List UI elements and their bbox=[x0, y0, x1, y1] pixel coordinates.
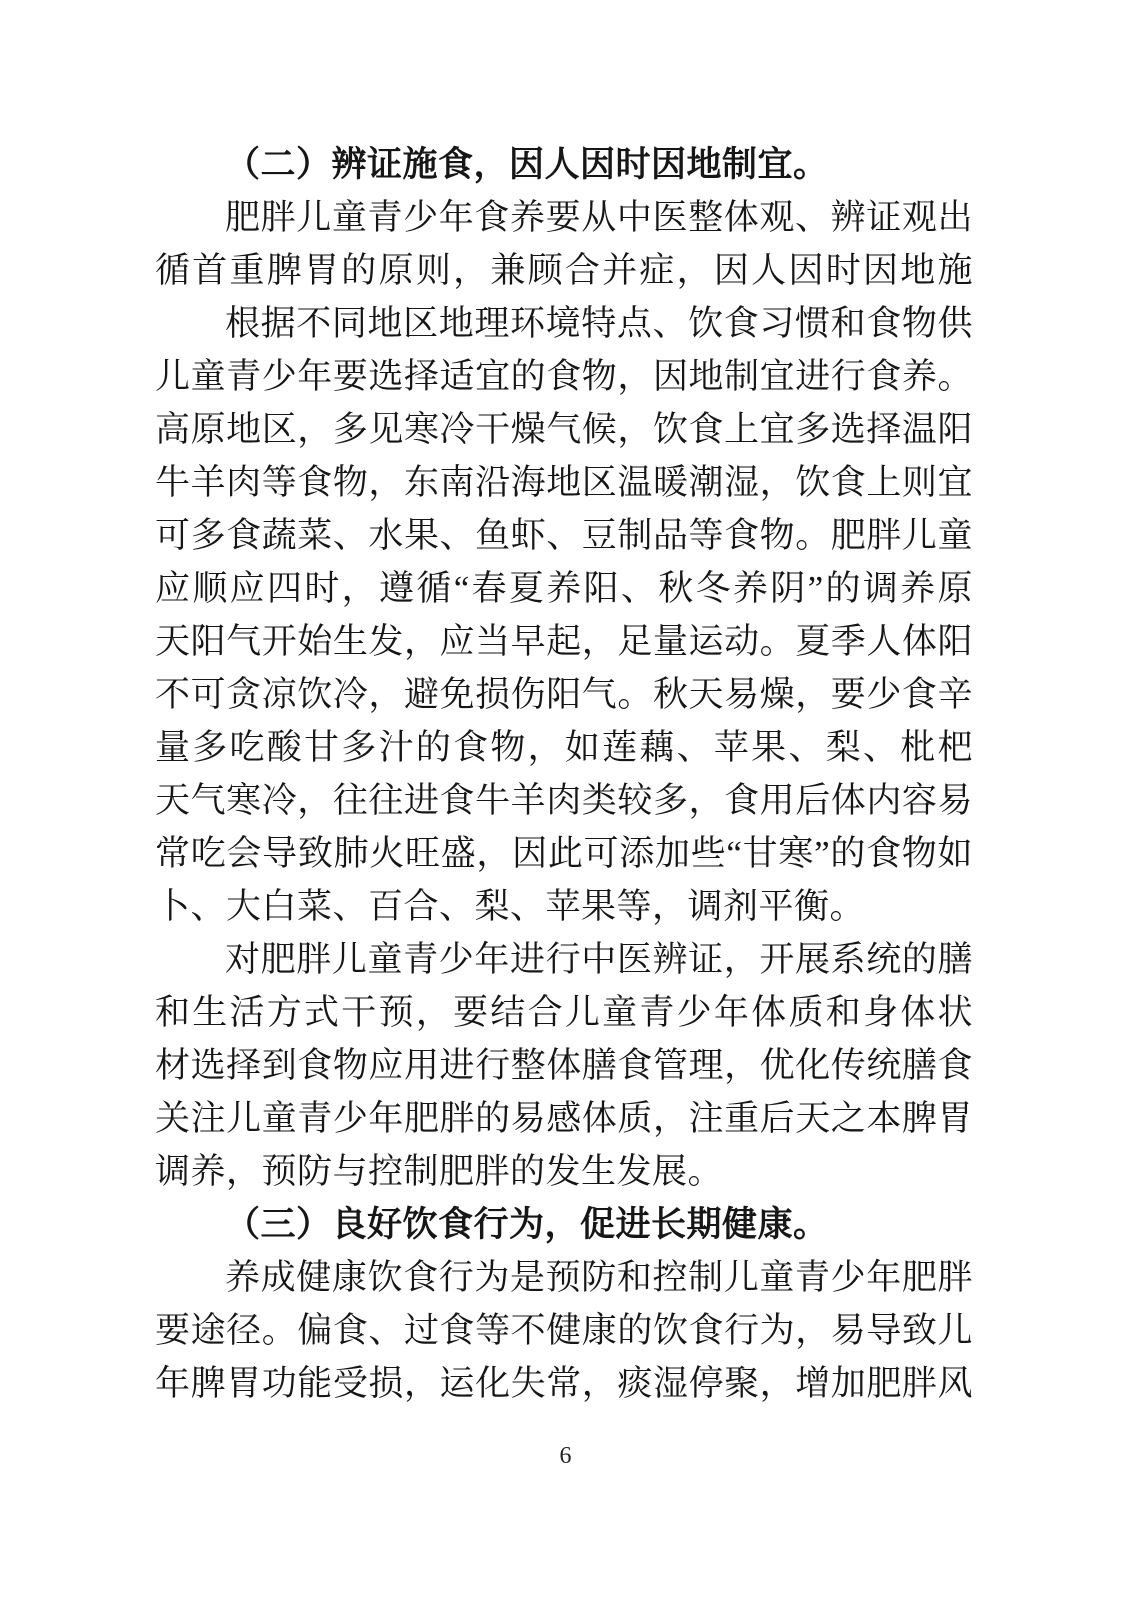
body-text-line: 对肥胖儿童青少年进行中医辨证，开展系统的膳食管理 bbox=[155, 933, 973, 986]
body-text-line: 可多食蔬菜、水果、鱼虾、豆制品等食物。肥胖儿童青少年 bbox=[155, 509, 973, 562]
section-heading: （二）辨证施食，因人因时因地制宜。 bbox=[155, 138, 973, 191]
body-text-line: 高原地区，多见寒冷干燥气候，饮食上宜多选择温阳散寒的 bbox=[155, 403, 973, 456]
body-text-line: 和生活方式干预，要结合儿童青少年体质和身体状况，从食 bbox=[155, 986, 973, 1039]
body-text-line: 年脾胃功能受损，运化失常，痰湿停聚，增加肥胖风险。 bbox=[155, 1357, 973, 1410]
text-block: （二）辨证施食，因人因时因地制宜。肥胖儿童青少年食养要从中医整体观、辨证观出发，… bbox=[155, 138, 973, 1410]
body-text-line: 要途径。偏食、过食等不健康的饮食行为，易导致儿童青少 bbox=[155, 1304, 973, 1357]
body-text-line: 根据不同地区地理环境特点、饮食习惯和食物供应特点， bbox=[155, 297, 973, 350]
body-text-line: 儿童青少年要选择适宜的食物，因地制宜进行食养。如西北 bbox=[155, 350, 973, 403]
body-text-line: 天阳气开始生发，应当早起，足量运动。夏季人体阳气外发， bbox=[155, 615, 973, 668]
body-text-line: 肥胖儿童青少年食养要从中医整体观、辨证观出发，遵 bbox=[155, 191, 973, 244]
body-text-line: 养成健康饮食行为是预防和控制儿童青少年肥胖的重 bbox=[155, 1251, 973, 1304]
body-text-line: 卜、大白菜、百合、梨、苹果等，调剂平衡。 bbox=[155, 880, 973, 933]
body-text-line: 常吃会导致肺火旺盛，因此可添加些“甘寒”的食物如白萝 bbox=[155, 827, 973, 880]
body-text-line: 关注儿童青少年肥胖的易感体质，注重后天之本脾胃功能的 bbox=[155, 1092, 973, 1145]
document-page: （二）辨证施食，因人因时因地制宜。肥胖儿童青少年食养要从中医整体观、辨证观出发，… bbox=[0, 0, 1131, 1600]
body-text-line: 调养，预防与控制肥胖的发生发展。 bbox=[155, 1145, 973, 1198]
body-text-line: 量多吃酸甘多汁的食物，如莲藕、苹果、梨、枇杷等。冬季 bbox=[155, 721, 973, 774]
body-text-line: 不可贪凉饮冷，避免损伤阳气。秋天易燥，要少食辛辣，适 bbox=[155, 668, 973, 721]
body-text-line: 应顺应四时，遵循“春夏养阳、秋冬养阴”的调养原则。春 bbox=[155, 562, 973, 615]
body-text-line: 牛羊肉等食物，东南沿海地区温暖潮湿，饮食上则宜清淡， bbox=[155, 456, 973, 509]
section-heading: （三）良好饮食行为，促进长期健康。 bbox=[155, 1198, 973, 1251]
body-text-line: 天气寒冷，往往进食牛羊肉类较多，食用后体内容易积热， bbox=[155, 774, 973, 827]
body-text-line: 材选择到食物应用进行整体膳食管理，优化传统膳食结构。 bbox=[155, 1039, 973, 1092]
body-text-line: 循首重脾胃的原则，兼顾合并症，因人因时因地施食。 bbox=[155, 244, 973, 297]
page-number: 6 bbox=[0, 1440, 1131, 1472]
